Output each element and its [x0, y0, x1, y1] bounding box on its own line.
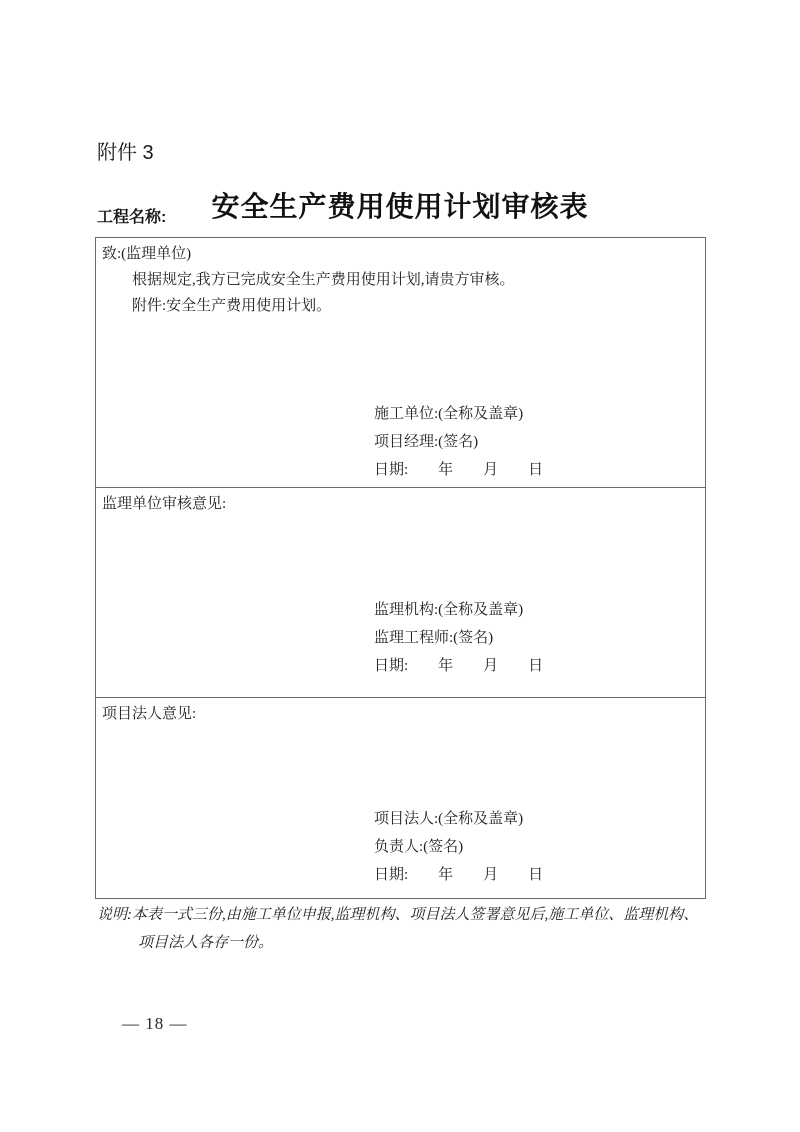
owner-date-line: 日期: 年 月 日: [374, 861, 697, 889]
project-name-label: 工程名称:: [97, 204, 166, 227]
table-row: 致:(监理单位) 根据规定,我方已完成安全生产费用使用计划,请贵方审核。 附件:…: [96, 238, 706, 488]
owner-opinion-heading: 项目法人意见:: [102, 706, 697, 722]
contractor-signature-block: 施工单位:(全称及盖章) 项目经理:(签名) 日期: 年 月 日: [374, 400, 697, 484]
page-number: — 18 —: [122, 1014, 188, 1034]
owner-opinion-cell: 项目法人意见: 项目法人:(全称及盖章) 负责人:(签名) 日期: 年 月 日: [96, 698, 706, 899]
contractor-application-cell: 致:(监理单位) 根据规定,我方已完成安全生产费用使用计划,请贵方审核。 附件:…: [96, 238, 706, 488]
supervisor-opinion-cell: 监理单位审核意见: 监理机构:(全称及盖章) 监理工程师:(签名) 日期: 年 …: [96, 488, 706, 698]
owner-org-line: 项目法人:(全称及盖章): [374, 805, 697, 833]
review-form-table: 致:(监理单位) 根据规定,我方已完成安全生产费用使用计划,请贵方审核。 附件:…: [95, 237, 706, 899]
footnote-line1: 说明:本表一式三份,由施工单位申报,监理机构、项目法人签署意见后,施工单位、监理…: [97, 901, 722, 929]
attachment-label: 附件 3: [97, 136, 154, 165]
supervisor-date-line: 日期: 年 月 日: [374, 652, 697, 680]
owner-signature-block: 项目法人:(全称及盖章) 负责人:(签名) 日期: 年 月 日: [374, 805, 697, 889]
owner-responsible-sign-line: 负责人:(签名): [374, 833, 697, 861]
application-body-line1: 根据规定,我方已完成安全生产费用使用计划,请贵方审核。: [132, 272, 697, 288]
supervisor-org-line: 监理机构:(全称及盖章): [374, 596, 697, 624]
project-manager-sign-line: 项目经理:(签名): [374, 428, 697, 456]
footnote: 说明:本表一式三份,由施工单位申报,监理机构、项目法人签署意见后,施工单位、监理…: [97, 901, 722, 957]
footnote-line2: 项目法人各存一份。: [138, 929, 722, 957]
application-body-line2: 附件:安全生产费用使用计划。: [132, 298, 697, 314]
table-row: 项目法人意见: 项目法人:(全称及盖章) 负责人:(签名) 日期: 年 月 日: [96, 698, 706, 899]
to-supervisor-line: 致:(监理单位): [102, 246, 697, 262]
supervisor-opinion-heading: 监理单位审核意见:: [102, 496, 697, 512]
supervisor-engineer-sign-line: 监理工程师:(签名): [374, 624, 697, 652]
table-row: 监理单位审核意见: 监理机构:(全称及盖章) 监理工程师:(签名) 日期: 年 …: [96, 488, 706, 698]
contractor-org-line: 施工单位:(全称及盖章): [374, 400, 697, 428]
supervisor-signature-block: 监理机构:(全称及盖章) 监理工程师:(签名) 日期: 年 月 日: [374, 596, 697, 680]
document-page: 附件 3 安全生产费用使用计划审核表 工程名称: 致:(监理单位) 根据规定,我…: [0, 0, 800, 1132]
contractor-date-line: 日期: 年 月 日: [374, 456, 697, 484]
